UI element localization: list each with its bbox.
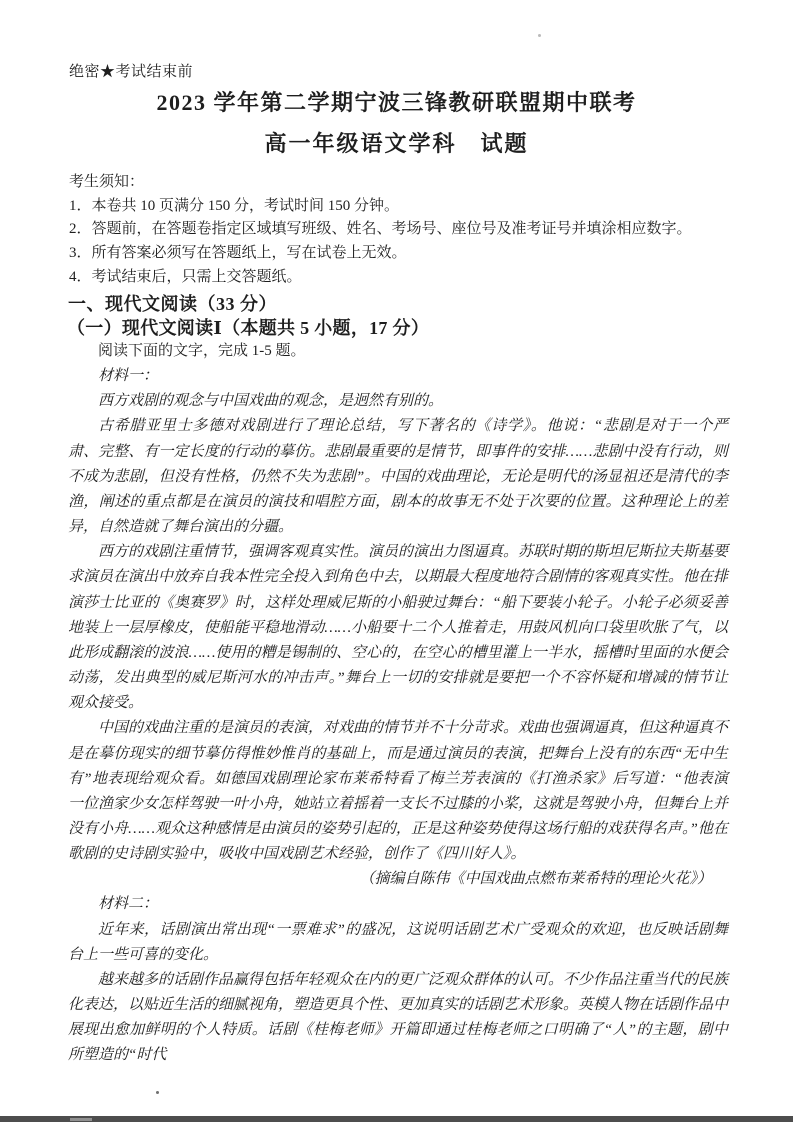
security-classification-label: 绝密★考试结束前 — [69, 60, 193, 81]
candidate-notice-section: 考生须知： 1．本卷共 10 页满分 150 分，考试时间 150 分钟。 2．… — [69, 171, 731, 290]
material1-paragraph-4: 中国的戏曲注重的是演员的表演，对戏曲的情节并不十分苛求。戏曲也强调逼真，但这种逼… — [68, 716, 728, 867]
notice-heading: 考生须知： — [69, 171, 731, 195]
notice-item-2: 2．答题前，在答题卷指定区域填写班级、姓名、考场号、座位号及准考证号并填涂相应数… — [69, 218, 731, 242]
material1-label: 材料一： — [68, 364, 728, 389]
reading-passage-body: 阅读下面的文字，完成 1-5 题。 材料一： 西方戏剧的观念与中国戏曲的观念，是… — [68, 339, 728, 1069]
exam-paper-page: 绝密★考试结束前 2023 学年第二学期宁波三锋教研联盟期中联考 高一年级语文学… — [0, 0, 793, 1122]
notice-item-4: 4．考试结束后，只需上交答题纸。 — [69, 266, 731, 290]
scan-artifact-dot-top — [538, 34, 541, 37]
exam-title: 2023 学年第二学期宁波三锋教研联盟期中联考 — [0, 86, 793, 117]
reading-instruction: 阅读下面的文字，完成 1-5 题。 — [68, 339, 728, 364]
material1-paragraph-2: 古希腊亚里士多德对戏剧进行了理论总结，写下著名的《诗学》。他说：“悲剧是对于一个… — [68, 414, 728, 540]
notice-item-1: 1．本卷共 10 页满分 150 分，考试时间 150 分钟。 — [69, 195, 731, 219]
scanner-edge-bar-mark — [70, 1118, 92, 1121]
material1-attribution: （摘编自陈伟《中国戏曲点燃布莱希特的理论火花》） — [68, 867, 728, 892]
notice-item-3: 3．所有答案必须写在答题纸上，写在试卷上无效。 — [69, 242, 731, 266]
scan-artifact-dot-bottom — [156, 1091, 159, 1094]
material1-paragraph-3: 西方的戏剧注重情节，强调客观真实性。演员的演出力图逼真。苏联时期的斯坦尼斯拉夫斯… — [68, 540, 728, 716]
material2-paragraph-2: 越来越多的话剧作品赢得包括年轻观众在内的更广泛观众群体的认可。不少作品注重当代的… — [68, 968, 728, 1069]
exam-subtitle: 高一年级语文学科 试题 — [0, 127, 793, 158]
section-heading-modern-reading: 一、现代文阅读（33 分） — [68, 290, 277, 316]
scanner-edge-bar — [0, 1116, 793, 1122]
material2-label: 材料二： — [68, 892, 728, 917]
material1-paragraph-1: 西方戏剧的观念与中国戏曲的观念，是迥然有别的。 — [68, 389, 728, 414]
subsection-heading-reading-1: （一）现代文阅读Ⅰ（本题共 5 小题，17 分） — [67, 314, 429, 340]
material2-paragraph-1: 近年来，话剧演出常出现“一票难求”的盛况，这说明话剧艺术广受观众的欢迎，也反映话… — [68, 918, 728, 968]
